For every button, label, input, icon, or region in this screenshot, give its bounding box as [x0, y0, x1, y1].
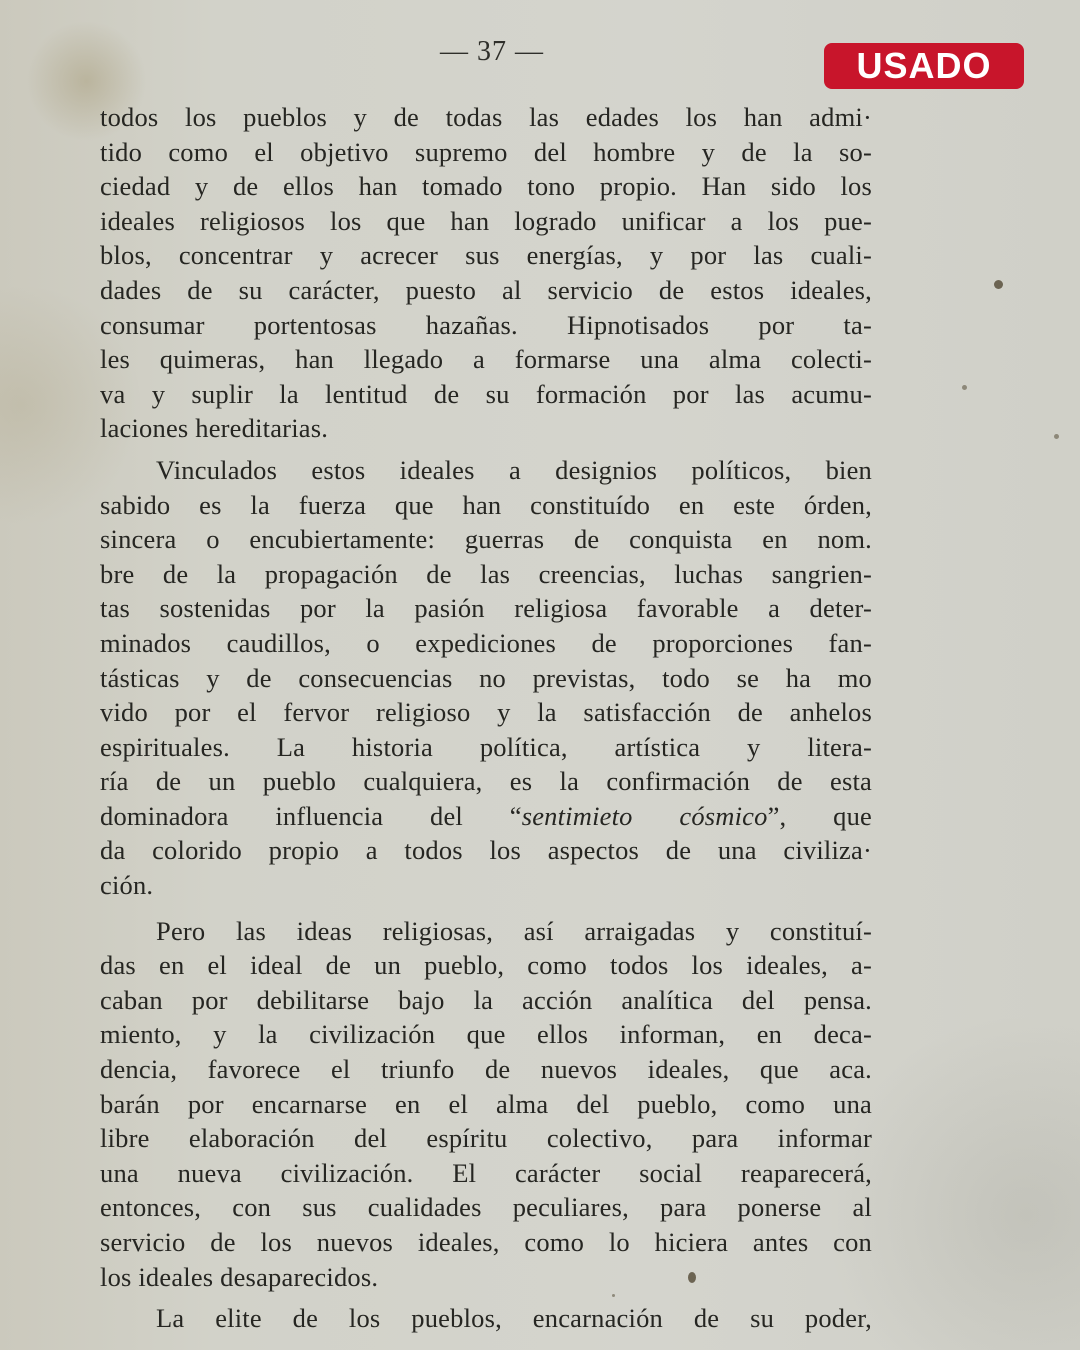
text-line: va y suplir la lentitud de su formación … [100, 377, 872, 412]
text-line: consumar portentosas hazañas. Hipnotisad… [100, 308, 872, 343]
text-line: Pero las ideas religiosas, así arraigada… [100, 914, 872, 949]
text-line: blos, concentrar y acrecer sus energías,… [100, 238, 872, 273]
text-line: una nueva civilización. El carácter soci… [100, 1156, 872, 1191]
italic-quote: sentimieto cósmico [522, 801, 768, 831]
text-line: da colorido propio a todos los aspectos … [100, 833, 872, 868]
text-line: ción. [100, 868, 872, 903]
text-line: servicio de los nuevos ideales, como lo … [100, 1225, 872, 1260]
quote-before: dominadora influencia del “ [100, 801, 522, 831]
quote-after: ”, que [768, 801, 872, 831]
text-line: ciedad y de ellos han tomado tono propio… [100, 169, 872, 204]
paper-stain [994, 280, 1003, 289]
page-number: — 37 — [440, 36, 544, 68]
paragraph-3: Pero las ideas religiosas, así arraigada… [100, 914, 872, 1295]
text-line: entonces, con sus cualidades peculiares,… [100, 1190, 872, 1225]
text-line: tido como el objetivo supremo del hombre… [100, 135, 872, 170]
text-line: les quimeras, han llegado a formarse una… [100, 342, 872, 377]
text-line: vido por el fervor religioso y la satisf… [100, 695, 872, 730]
text-line: dades de su carácter, puesto al servicio… [100, 273, 872, 308]
book-page-text: todos los pueblos y de todas las edades … [100, 100, 872, 1336]
text-line: Vinculados estos ideales a designios pol… [100, 453, 872, 488]
text-line: sincera o encubiertamente: guerras de co… [100, 522, 872, 557]
text-line: bre de la propagación de las creencias, … [100, 557, 872, 592]
text-line: tásticas y de consecuencias no previstas… [100, 661, 872, 696]
text-line-quote: dominadora influencia del “sentimieto có… [100, 799, 872, 834]
text-line: minados caudillos, o expediciones de pro… [100, 626, 872, 661]
text-line: los ideales desaparecidos. [100, 1260, 872, 1295]
text-line: La elite de los pueblos, encarnación de … [100, 1301, 872, 1336]
text-line: miento, y la civilización que ellos info… [100, 1017, 872, 1052]
text-line: espirituales. La historia política, artí… [100, 730, 872, 765]
text-line: das en el ideal de un pueblo, como todos… [100, 948, 872, 983]
text-line: caban por debilitarse bajo la acción ana… [100, 983, 872, 1018]
text-line: todos los pueblos y de todas las edades … [100, 100, 872, 135]
text-line: ría de un pueblo cualquiera, es la confi… [100, 764, 872, 799]
text-line: barán por encarnarse en el alma del pueb… [100, 1087, 872, 1122]
text-line: dencia, favorece el triunfo de nuevos id… [100, 1052, 872, 1087]
paper-stain [1054, 434, 1059, 439]
paragraph-2: Vinculados estos ideales a designios pol… [100, 453, 872, 903]
paragraph-1: todos los pueblos y de todas las edades … [100, 100, 872, 446]
paper-stain [962, 385, 967, 390]
paragraph-4: La elite de los pueblos, encarnación de … [100, 1301, 872, 1336]
text-line: ideales religiosos los que han logrado u… [100, 204, 872, 239]
text-line: libre elaboración del espíritu colectivo… [100, 1121, 872, 1156]
text-line: laciones hereditarias. [100, 411, 872, 446]
text-line: tas sostenidas por la pasión religiosa f… [100, 591, 872, 626]
used-condition-badge: USADO [824, 43, 1024, 89]
text-line: sabido es la fuerza que han constituído … [100, 488, 872, 523]
